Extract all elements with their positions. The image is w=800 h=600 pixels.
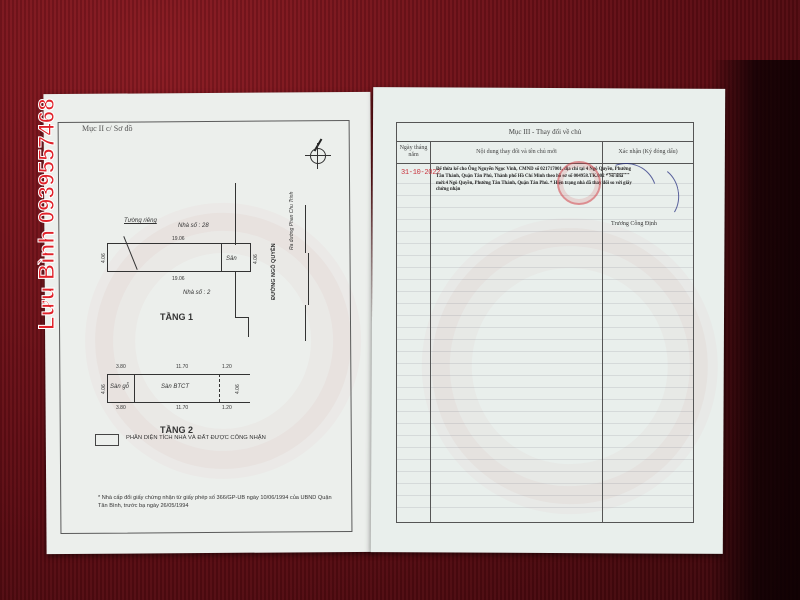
neighbor-bottom-label: Nhà số : 2 xyxy=(183,290,210,296)
boundary-step-down xyxy=(248,317,249,337)
street-edge-2 xyxy=(308,253,309,305)
room-wood-label: Sàn gỗ xyxy=(110,384,129,390)
boundary-line-lower xyxy=(235,271,236,317)
f2-dim-width-left: 4.06 xyxy=(101,384,107,394)
yard-label: Sân xyxy=(226,256,237,262)
watermark-text: Lưu Bình 0939557468 xyxy=(34,98,60,330)
dim-width-left: 4.06 xyxy=(101,253,107,263)
f2-dim-bottom-1: 3.80 xyxy=(116,405,126,411)
wall-label: Tường riêng xyxy=(124,218,157,224)
street-main-label: ĐƯỜNG NGÔ QUYỀN xyxy=(271,243,277,300)
col-content-header: Nội dung thay đổi và tên chủ mới xyxy=(431,141,602,163)
street-edge-3 xyxy=(305,305,306,341)
street-side-label: Ra đường Phan Chu Trinh xyxy=(289,192,295,250)
boundary-step xyxy=(235,317,248,318)
boundary-line xyxy=(235,183,236,245)
neighbor-top-label: Nhà số : 28 xyxy=(178,223,209,229)
section-label: Mục II c/ Sơ đồ xyxy=(82,124,132,133)
yard-divider xyxy=(221,243,222,271)
legend-swatch xyxy=(95,434,119,446)
f2-dim-top-2: 11.70 xyxy=(176,364,188,370)
f2-dim-bottom-3: 1.20 xyxy=(222,405,232,411)
floor1-title: TẦNG 1 xyxy=(160,312,193,322)
owner-change-table: Mục III - Thay đổi về chủ Ngày tháng năm… xyxy=(396,122,694,523)
dim-length-bottom: 19.06 xyxy=(172,276,185,282)
f2-divider-2 xyxy=(219,374,221,402)
compass-icon xyxy=(310,148,326,164)
f2-divider-1 xyxy=(134,374,135,402)
room-concrete-label: Sàn BTCT xyxy=(161,384,189,390)
f2-dim-bottom-2: 11.70 xyxy=(176,405,188,411)
legend-text: PHẦN DIỆN TÍCH NHÀ VÀ ĐẤT ĐƯỢC CÔNG NHẬN xyxy=(126,435,266,441)
table-header: Ngày tháng năm Nội dung thay đổi và tên … xyxy=(397,141,693,164)
f2-dim-width-right: 4.06 xyxy=(235,384,241,394)
dim-length-top: 19.06 xyxy=(172,236,185,242)
entry-date: 31-10-2022 xyxy=(401,169,440,177)
dim-width-right: 4.06 xyxy=(253,254,259,264)
street-edge xyxy=(305,205,306,253)
f2-dim-top-3: 1.20 xyxy=(222,364,232,370)
footnote: * Nhà cấp đổi giấy chứng nhận từ giấy ph… xyxy=(98,494,338,510)
f2-dim-top-1: 3.80 xyxy=(116,364,126,370)
diagram-frame xyxy=(58,120,353,534)
signer-name: Trương Công Định xyxy=(611,221,657,227)
section-title: Mục III - Thay đổi về chủ xyxy=(397,123,693,142)
floor2-title: TẦNG 2 xyxy=(160,425,193,435)
col-confirm-header: Xác nhận (Ký đóng dấu) xyxy=(603,141,693,163)
col-date-header: Ngày tháng năm xyxy=(397,141,430,163)
